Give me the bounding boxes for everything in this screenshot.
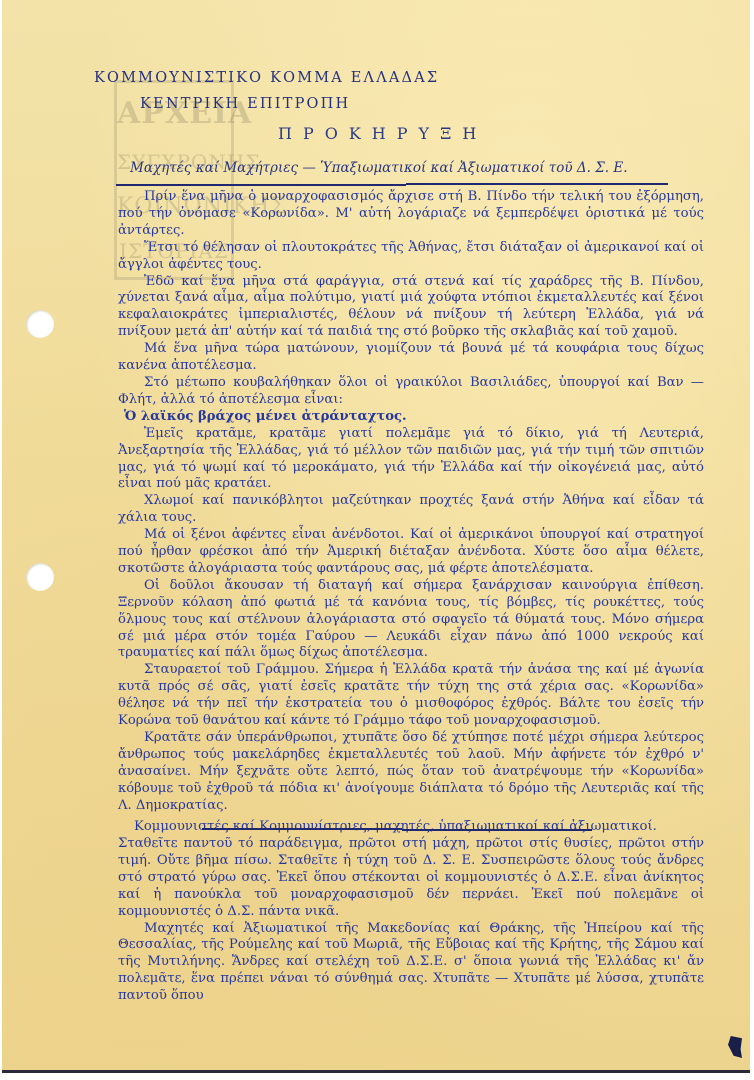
body-section-1: Πρίν ἕνα μῆνα ὁ μοναρχοφασισμός ἄρχισε σ… bbox=[118, 189, 704, 835]
punch-hole bbox=[26, 563, 54, 591]
proclamation-title: ΠΡΟΚΗΡΥΞΗ bbox=[278, 124, 487, 143]
paragraph: Χλωμοί καί πανικόβλητοι μαζεύτηκαν προχτ… bbox=[118, 493, 704, 527]
divider-rule bbox=[202, 828, 402, 830]
paragraph: Μά ἕνα μῆνα τώρα ματώνουν, γιομίζουν τά … bbox=[118, 341, 704, 375]
paragraph-emphasis: Ὁ λαϊκός βράχος μένει ἀτράνταχτος. bbox=[118, 409, 704, 426]
paragraph: Πρίν ἕνα μῆνα ὁ μοναρχοφασισμός ἄρχισε σ… bbox=[118, 189, 704, 240]
paragraph: Ἔτσι τό θέλησαν οἱ πλουτοκράτες τῆς Ἀθήν… bbox=[118, 240, 704, 274]
party-name-heading: ΚΟΜΜΟΥΝΙΣΤΙΚΟ ΚΟΜΜΑ ΕΛΛΑΔΑΣ bbox=[94, 70, 439, 86]
divider-rule bbox=[116, 184, 406, 186]
paragraph: Σταυραετοί τοῦ Γράμμου. Σήμερα ἡ Ἑλλάδα … bbox=[118, 662, 704, 730]
paragraph: Ἐμεῖς κρατᾶμε, κρατᾶμε γιατί πολεμᾶμε γι… bbox=[118, 426, 704, 494]
paragraph: Μαχητές καί Ἀξιωματικοί τῆς Μακεδονίας κ… bbox=[118, 921, 704, 1006]
divider-rule bbox=[402, 829, 592, 831]
paragraph: Ἐδῶ καί ἕνα μῆνα στά φαράγγια, στά στενά… bbox=[118, 274, 704, 342]
torn-corner-mark bbox=[728, 1036, 742, 1058]
paragraph: Μά οἱ ξένοι ἀφέντες εἶναι ἀνένδοτοι. Καί… bbox=[118, 527, 704, 578]
paragraph: Κρατᾶτε σάν ὑπεράνθρωποι, χτυπᾶτε ὅσο δέ… bbox=[118, 730, 704, 815]
paragraph: Σταθεῖτε παντοῦ τό παράδειγμα, πρῶτοι στ… bbox=[118, 836, 704, 921]
body-section-2: Σταθεῖτε παντοῦ τό παράδειγμα, πρῶτοι στ… bbox=[118, 836, 704, 1005]
address-line: Κομμουνιστές καί Κομμουνίστριες, μαχητές… bbox=[118, 819, 704, 836]
divider-rule bbox=[406, 183, 668, 185]
paragraph: Οἱ δοῦλοι ἄκουσαν τή διαταγή καί σήμερα … bbox=[118, 578, 704, 663]
paragraph: Στό μέτωπο κουβαλήθηκαν ὅλοι οἱ γραικύλο… bbox=[118, 375, 704, 409]
leaflet-page: ΑΡΧΕΙΑ ΣΥΓΧΡΟΝΗΣ ΚΟΙΝΩΝΙΚΗΣ ΙΣΤΟΡΙΑΣ ΚΟΜ… bbox=[2, 0, 750, 1070]
addressees-subtitle: Μαχητές καί Μαχήτριες — Ὑπαξιωματικοί κα… bbox=[130, 160, 628, 176]
punch-hole bbox=[26, 310, 54, 338]
committee-heading: ΚΕΝΤΡΙΚΗ ΕΠΙΤΡΟΠΗ bbox=[140, 96, 350, 112]
